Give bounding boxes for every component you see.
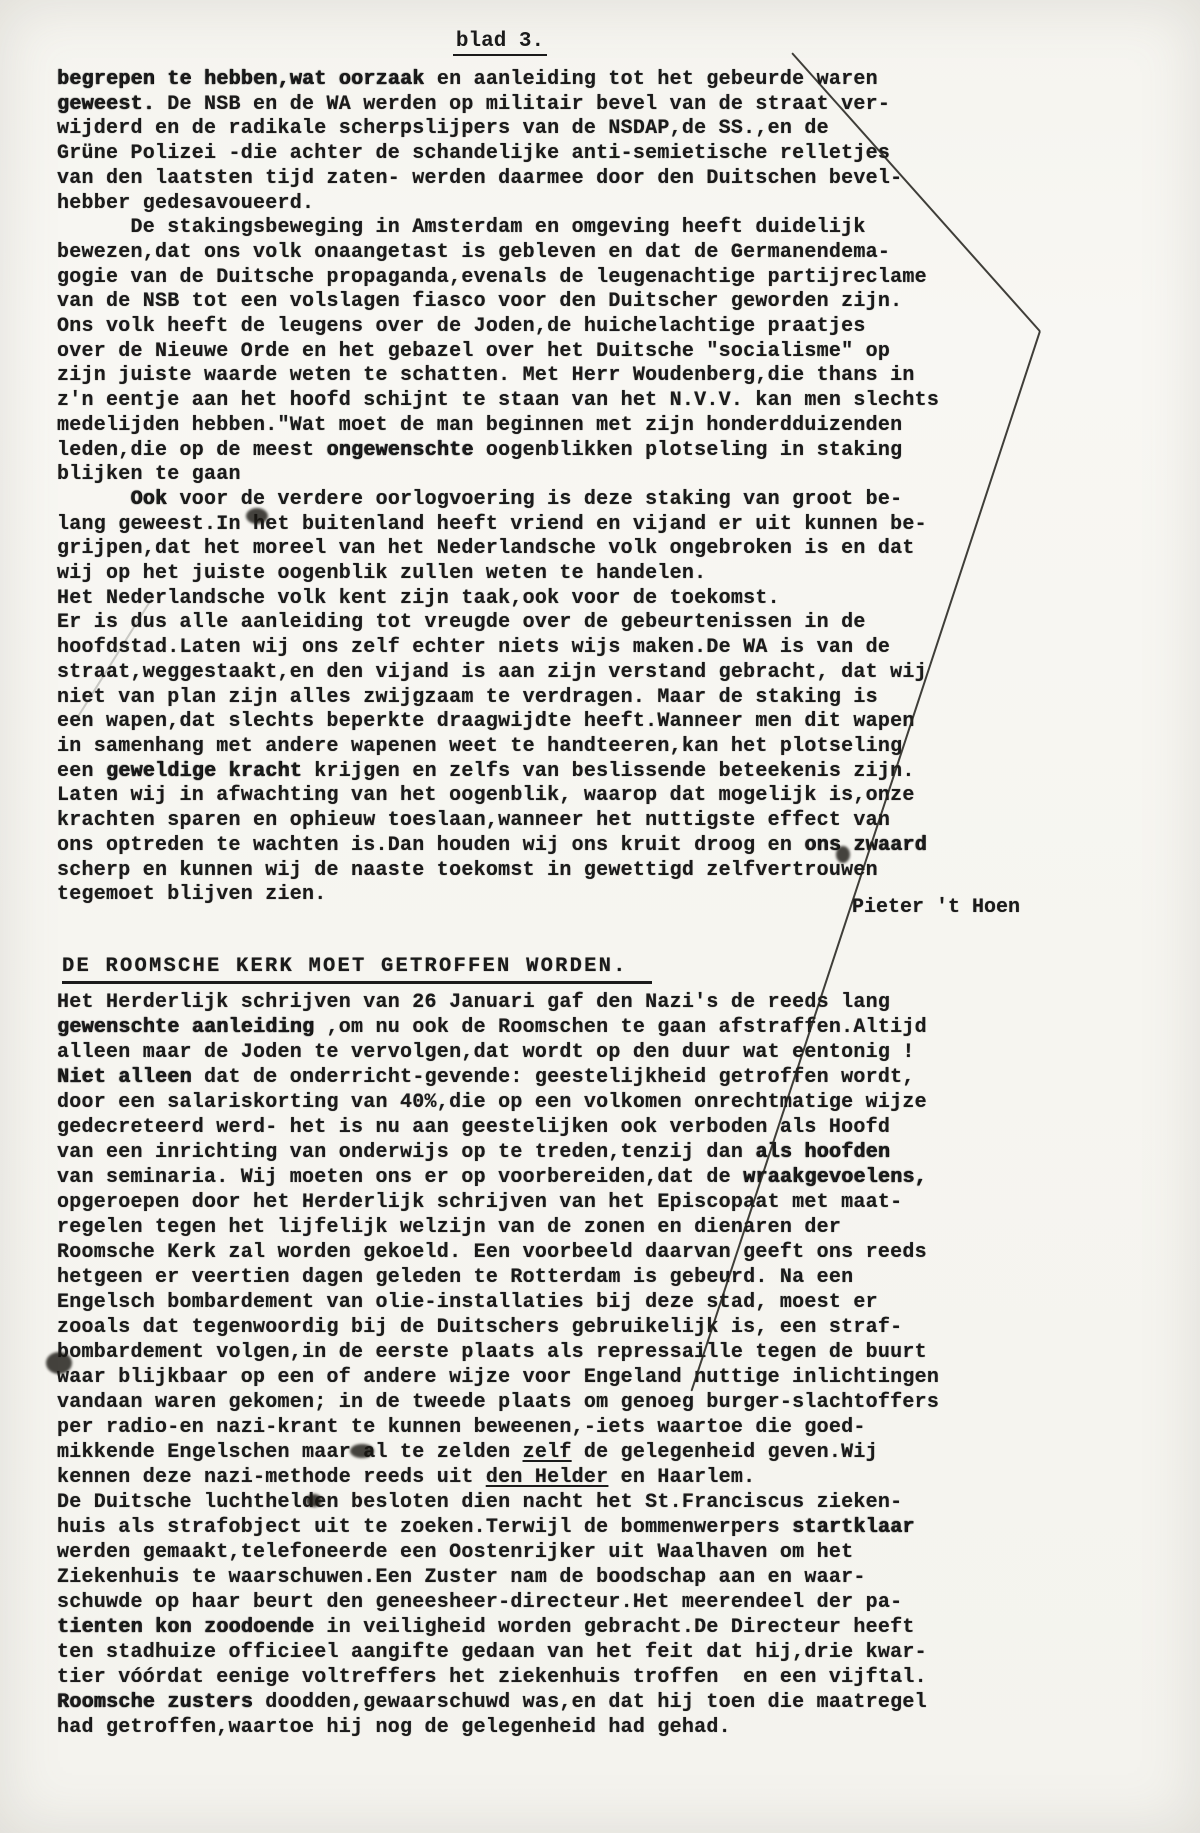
text-line: vandaan waren gekomen; in de tweede plaa… bbox=[57, 1390, 939, 1415]
text-line: wij op het juiste oogenblik zullen weten… bbox=[57, 562, 939, 587]
text-line: Er is dus alle aanleiding tot vreugde ov… bbox=[57, 611, 939, 636]
text-line: een geweldige kracht krijgen en zelfs va… bbox=[57, 760, 939, 785]
page-title: blad 3. bbox=[0, 30, 1000, 53]
text-line: z'n eentje aan het hoofd schijnt te staa… bbox=[57, 389, 939, 414]
text-line: bewezen,dat ons volk onaangetast is gebl… bbox=[57, 241, 939, 266]
ink-smudge bbox=[836, 846, 850, 863]
text-line: waar blijkbaar op een of andere wijze vo… bbox=[57, 1365, 939, 1390]
text-line: ten stadhuize officieel aangifte gedaan … bbox=[57, 1640, 939, 1665]
article-roomsche-kerk-body: Het Herderlijk schrijven van 26 Januari … bbox=[57, 990, 939, 1740]
text-line: over de Nieuwe Orde en het gebazel over … bbox=[57, 340, 939, 365]
text-line: huis als strafobject uit te zoeken.Terwi… bbox=[57, 1515, 939, 1540]
text-line: gedecreteerd werd- het is nu aan geestel… bbox=[57, 1115, 939, 1140]
text-line: Ook voor de verdere oorlogvoering is dez… bbox=[57, 488, 939, 513]
text-line: straat,weggestaakt,en den vijand is aan … bbox=[57, 661, 939, 686]
text-line: mikkende Engelschen maar al te zelden ze… bbox=[57, 1440, 939, 1465]
text-line: hebber gedesavoueerd. bbox=[57, 192, 939, 217]
text-line: hetgeen er veertien dagen geleden te Rot… bbox=[57, 1265, 939, 1290]
text-line: Laten wij in afwachting van het oogenbli… bbox=[57, 784, 939, 809]
author-signature: Pieter 't Hoen bbox=[852, 896, 1020, 919]
text-line: zooals dat tegenwoordig bij de Duitscher… bbox=[57, 1315, 939, 1340]
article-roomsche-kerk-heading: DE ROOMSCHE KERK MOET GETROFFEN WORDEN. bbox=[62, 955, 652, 984]
text-line: wijderd en de radikale scherpslijpers va… bbox=[57, 117, 939, 142]
text-line: door een salariskorting van 40%,die op e… bbox=[57, 1090, 939, 1115]
article-staking-body: begrepen te hebben,wat oorzaak en aanlei… bbox=[57, 68, 939, 908]
text-line: schuwde op haar beurt den geneesheer-dir… bbox=[57, 1590, 939, 1615]
text-line: van een inrichting van onderwijs op te t… bbox=[57, 1140, 939, 1165]
text-line: Roomsche zusters doodden,gewaarschuwd wa… bbox=[57, 1690, 939, 1715]
text-line: scherp en kunnen wij de naaste toekomst … bbox=[57, 859, 939, 884]
text-line: leden,die op de meest ongewenschte oogen… bbox=[57, 439, 939, 464]
text-line: per radio-en nazi-krant te kunnen beween… bbox=[57, 1415, 939, 1440]
text-line: tegemoet blijven zien. bbox=[57, 883, 939, 908]
text-line: een wapen,dat slechts beperkte draagwijd… bbox=[57, 710, 939, 735]
text-line: tienten kon zoodoende in veiligheid word… bbox=[57, 1615, 939, 1640]
text-line: ons optreden te wachten is.Dan houden wi… bbox=[57, 834, 939, 859]
text-line: van de NSB tot een volslagen fiasco voor… bbox=[57, 290, 939, 315]
text-line: lang geweest.In het buitenland heeft vri… bbox=[57, 513, 939, 538]
text-line: Grüne Polizei -die achter de schandelijk… bbox=[57, 142, 939, 167]
text-line: medelijden hebben."Wat moet de man begin… bbox=[57, 414, 939, 439]
text-line: Engelsch bombardement van olie-installat… bbox=[57, 1290, 939, 1315]
text-line: hoofdstad.Laten wij ons zelf echter niet… bbox=[57, 636, 939, 661]
text-line: gogie van de Duitsche propaganda,evenals… bbox=[57, 266, 939, 291]
text-line: Ziekenhuis te waarschuwen.Een Zuster nam… bbox=[57, 1565, 939, 1590]
text-line: krachten sparen en ophieuw toeslaan,wann… bbox=[57, 809, 939, 834]
text-line: alleen maar de Joden te vervolgen,dat wo… bbox=[57, 1040, 939, 1065]
text-line: De Duitsche luchthelden besloten dien na… bbox=[57, 1490, 939, 1515]
text-line: had getroffen,waartoe hij nog de gelegen… bbox=[57, 1715, 939, 1740]
text-line: Niet alleen dat de onderricht-gevende: g… bbox=[57, 1065, 939, 1090]
text-line: regelen tegen het lijfelijk welzijn van … bbox=[57, 1215, 939, 1240]
ink-smudge bbox=[306, 1494, 322, 1507]
text-line: blijken te gaan bbox=[57, 463, 939, 488]
text-line: werden gemaakt,telefoneerde een Oostenri… bbox=[57, 1540, 939, 1565]
text-line: van den laatsten tijd zaten- werden daar… bbox=[57, 167, 939, 192]
text-line: bombardement volgen,in de eerste plaats … bbox=[57, 1340, 939, 1365]
ink-smudge bbox=[350, 1444, 374, 1458]
text-line: tier vóórdat eenige voltreffers het ziek… bbox=[57, 1665, 939, 1690]
text-line: opgeroepen door het Herderlijk schrijven… bbox=[57, 1190, 939, 1215]
text-line: in samenhang met andere wapenen weet te … bbox=[57, 735, 939, 760]
text-line: Het Herderlijk schrijven van 26 Januari … bbox=[57, 990, 939, 1015]
text-line: Het Nederlandsche volk kent zijn taak,oo… bbox=[57, 587, 939, 612]
ink-smudge bbox=[246, 508, 268, 524]
scanned-document-page: blad 3. begrepen te hebben,wat oorzaak e… bbox=[0, 0, 1200, 1833]
text-line: geweest. De NSB en de WA werden op milit… bbox=[57, 93, 939, 118]
text-line: Roomsche Kerk zal worden gekoeld. Een vo… bbox=[57, 1240, 939, 1265]
text-line: niet van plan zijn alles zwijgzaam te ve… bbox=[57, 686, 939, 711]
text-line: De stakingsbeweging in Amsterdam en omge… bbox=[57, 216, 939, 241]
ink-smudge bbox=[46, 1352, 72, 1374]
sheet-number-label: blad 3. bbox=[453, 30, 547, 56]
text-line: kennen deze nazi-methode reeds uit den H… bbox=[57, 1465, 939, 1490]
text-line: grijpen,dat het moreel van het Nederland… bbox=[57, 537, 939, 562]
text-line: Ons volk heeft de leugens over de Joden,… bbox=[57, 315, 939, 340]
text-line: zijn juiste waarde weten te schatten. Me… bbox=[57, 364, 939, 389]
text-line: van seminaria. Wij moeten ons er op voor… bbox=[57, 1165, 939, 1190]
